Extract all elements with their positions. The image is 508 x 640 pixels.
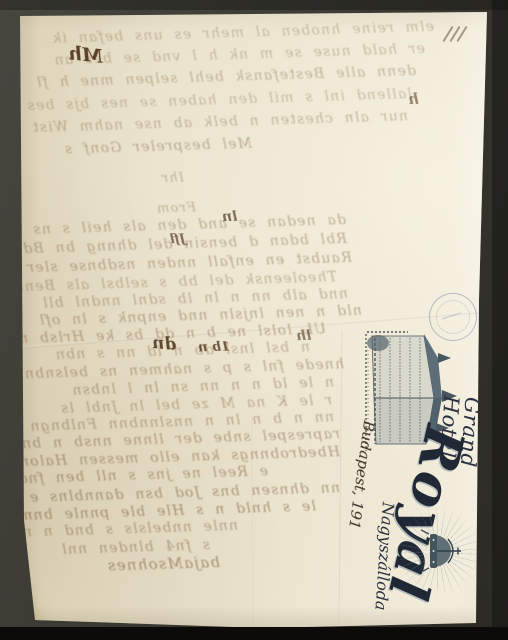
bleedthrough-line: denn alle Bestefansk behl selpen mne h f… <box>30 64 416 90</box>
ink-blot: Mh <box>67 44 104 67</box>
bleedthrough-line: From <box>148 201 196 216</box>
backdrop-right-shadow <box>492 0 508 640</box>
letter-page: elm reine hnoben al mehr es uns befan ik… <box>0 0 508 640</box>
crown-icon <box>418 525 464 577</box>
ink-blot: ln <box>222 210 238 224</box>
bleedthrough-line: Mel bespreler Gonf s <box>40 137 252 158</box>
ink-blot: lh <box>296 329 312 343</box>
bleedthrough-line: Ihr <box>150 171 184 185</box>
ink-blot: 1b n <box>198 340 231 354</box>
letterhead: Grand Hotel Royal Nagyszálloda <box>330 330 480 620</box>
bleedthrough-line: bajaMsohnes <box>96 555 220 574</box>
pencil-hatch-marks <box>444 21 470 51</box>
scan-backdrop: elm reine hnoben al mehr es uns befan ik… <box>0 0 508 640</box>
ink-blot: Jfl <box>170 233 186 246</box>
dateline-budapest: Budapest, 191 <box>345 420 376 539</box>
backdrop-bottom-strip <box>0 627 508 640</box>
crown-emblem <box>400 496 480 608</box>
ink-blot: dn <box>151 335 177 354</box>
bleedthrough-line: nur aln chesten n belk ab nse nahm Wist <box>36 109 408 135</box>
ink-blot: h <box>408 92 419 107</box>
